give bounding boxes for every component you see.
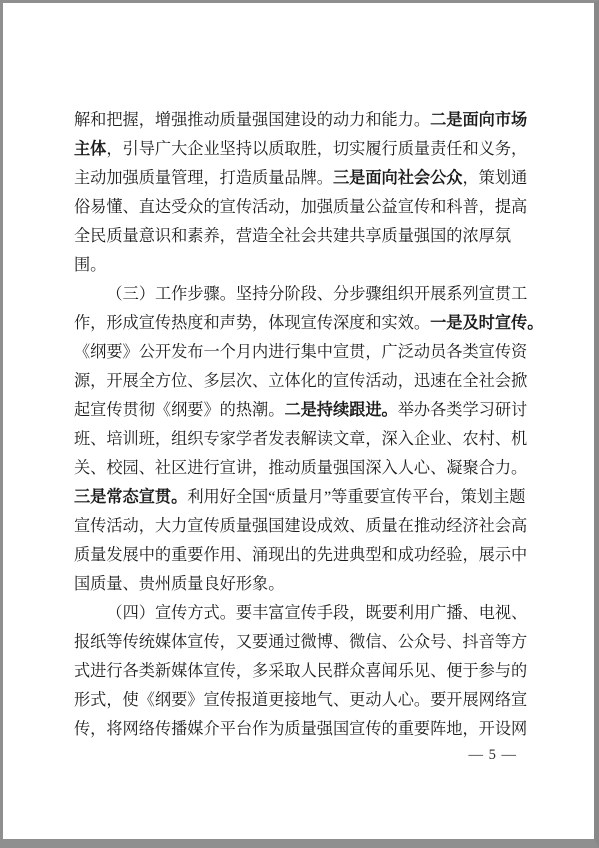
emphasized-text: 二是持续跟进。: [284, 401, 397, 419]
body-text-segment: 主动加强质量管理，打造质量品牌。: [74, 169, 333, 187]
text-line: 国质量、贵州质量良好形象。: [74, 570, 534, 599]
emphasized-text: 三是面向社会公众: [333, 169, 463, 187]
body-text-segment: 报纸等传统媒体宣传，又要通过微博、微信、公众号、抖音等方: [74, 633, 527, 651]
body-text-segment: 俗易懂、直达受众的宣传活动，加强质量公益宣传和科普，提高: [74, 198, 527, 216]
text-line: 质量发展中的重要作用、涌现出的先进典型和成功经验，展示中: [74, 541, 534, 570]
body-text-segment: （四）宣传方式。要丰富宣传手段，既要利用广播、电视、: [106, 604, 527, 622]
text-line: 解和把握，增强推动质量强国建设的动力和能力。二是面向市场: [74, 106, 534, 135]
body-text-segment: 举办各类学习研讨: [398, 401, 528, 419]
text-line: （三）工作步骤。坚持分阶段、分步骤组织开展系列宣贯工: [74, 280, 534, 309]
text-line: 班、培训班，组织专家学者发表解读文章，深入企业、农村、机: [74, 425, 534, 454]
body-text-segment: ，引导广大企业坚持以质取胜，切实履行质量责任和义务，: [106, 140, 527, 158]
text-line: 宣传活动，大力宣传质量强国建设成效、质量在推动经济社会高: [74, 512, 534, 541]
body-text-segment: 作，形成宣传热度和声势，体现宣传深度和实效。: [74, 314, 430, 332]
body-text-segment: 班、培训班，组织专家学者发表解读文章，深入企业、农村、机: [74, 430, 527, 448]
body-text-segment: 起宣传贯彻《纲要》的热潮。: [74, 401, 284, 419]
body-text-segment: ，策划通: [463, 169, 528, 187]
body-text-segment: （三）工作步骤。坚持分阶段、分步骤组织开展系列宣贯工: [106, 285, 527, 303]
text-line: 主体，引导广大企业坚持以质取胜，切实履行质量责任和义务，: [74, 135, 534, 164]
text-line: 起宣传贯彻《纲要》的热潮。二是持续跟进。举办各类学习研讨: [74, 396, 534, 425]
emphasized-text: 一是及时宣传。: [430, 314, 543, 332]
body-text-segment: 关、校园、社区进行宣讲，推动质量强国深入人心、凝聚合力。: [74, 459, 527, 477]
text-line: 传，将网络传播媒介平台作为质量强国宣传的重要阵地，开设网: [74, 715, 534, 744]
text-line: 三是常态宣贯。利用好全国“质量月”等重要宣传平台，策划主题: [74, 483, 534, 512]
body-text-segment: 围。: [74, 256, 106, 274]
body-text-segment: 利用好全国“质量月”等重要宣传平台，策划主题: [187, 488, 525, 506]
text-line: （四）宣传方式。要丰富宣传手段，既要利用广播、电视、: [74, 599, 534, 628]
body-text-segment: 质量发展中的重要作用、涌现出的先进典型和成功经验，展示中: [74, 546, 527, 564]
text-line: 式进行各类新媒体宣传，多采取人民群众喜闻乐见、便于参与的: [74, 657, 534, 686]
body-text-segment: 形式，使《纲要》宣传报道更接地气、更动人心。要开展网络宣: [74, 691, 527, 709]
page-number: — 5 —: [469, 747, 518, 763]
body-text: 解和把握，增强推动质量强国建设的动力和能力。二是面向市场主体，引导广大企业坚持以…: [74, 106, 534, 744]
emphasized-text: 主体: [74, 140, 106, 158]
text-line: 全民质量意识和素养，营造全社会共建共享质量强国的浓厚氛: [74, 222, 534, 251]
body-text-segment: 式进行各类新媒体宣传，多采取人民群众喜闻乐见、便于参与的: [74, 662, 527, 680]
emphasized-text: 三是常态宣贯。: [74, 488, 187, 506]
text-line: 主动加强质量管理，打造质量品牌。三是面向社会公众，策划通: [74, 164, 534, 193]
text-line: 报纸等传统媒体宣传，又要通过微博、微信、公众号、抖音等方: [74, 628, 534, 657]
text-line: 源，开展全方位、多层次、立体化的宣传活动，迅速在全社会掀: [74, 367, 534, 396]
body-text-segment: 传，将网络传播媒介平台作为质量强国宣传的重要阵地，开设网: [74, 720, 527, 738]
document-page: 解和把握，增强推动质量强国建设的动力和能力。二是面向市场主体，引导广大企业坚持以…: [0, 0, 599, 848]
body-text-segment: 《纲要》公开发布一个月内进行集中宣贯，广泛动员各类宣传资: [74, 343, 527, 361]
body-text-segment: 国质量、贵州质量良好形象。: [74, 575, 284, 593]
body-text-segment: 宣传活动，大力宣传质量强国建设成效、质量在推动经济社会高: [74, 517, 527, 535]
text-line: 俗易懂、直达受众的宣传活动，加强质量公益宣传和科普，提高: [74, 193, 534, 222]
body-text-segment: 源，开展全方位、多层次、立体化的宣传活动，迅速在全社会掀: [74, 372, 527, 390]
text-line: 围。: [74, 251, 534, 280]
text-line: 关、校园、社区进行宣讲，推动质量强国深入人心、凝聚合力。: [74, 454, 534, 483]
body-text-segment: 解和把握，增强推动质量强国建设的动力和能力。: [74, 111, 430, 129]
text-line: 形式，使《纲要》宣传报道更接地气、更动人心。要开展网络宣: [74, 686, 534, 715]
body-text-segment: 全民质量意识和素养，营造全社会共建共享质量强国的浓厚氛: [74, 227, 511, 245]
text-line: 《纲要》公开发布一个月内进行集中宣贯，广泛动员各类宣传资: [74, 338, 534, 367]
emphasized-text: 二是面向市场: [430, 111, 527, 129]
text-line: 作，形成宣传热度和声势，体现宣传深度和实效。一是及时宣传。: [74, 309, 534, 338]
